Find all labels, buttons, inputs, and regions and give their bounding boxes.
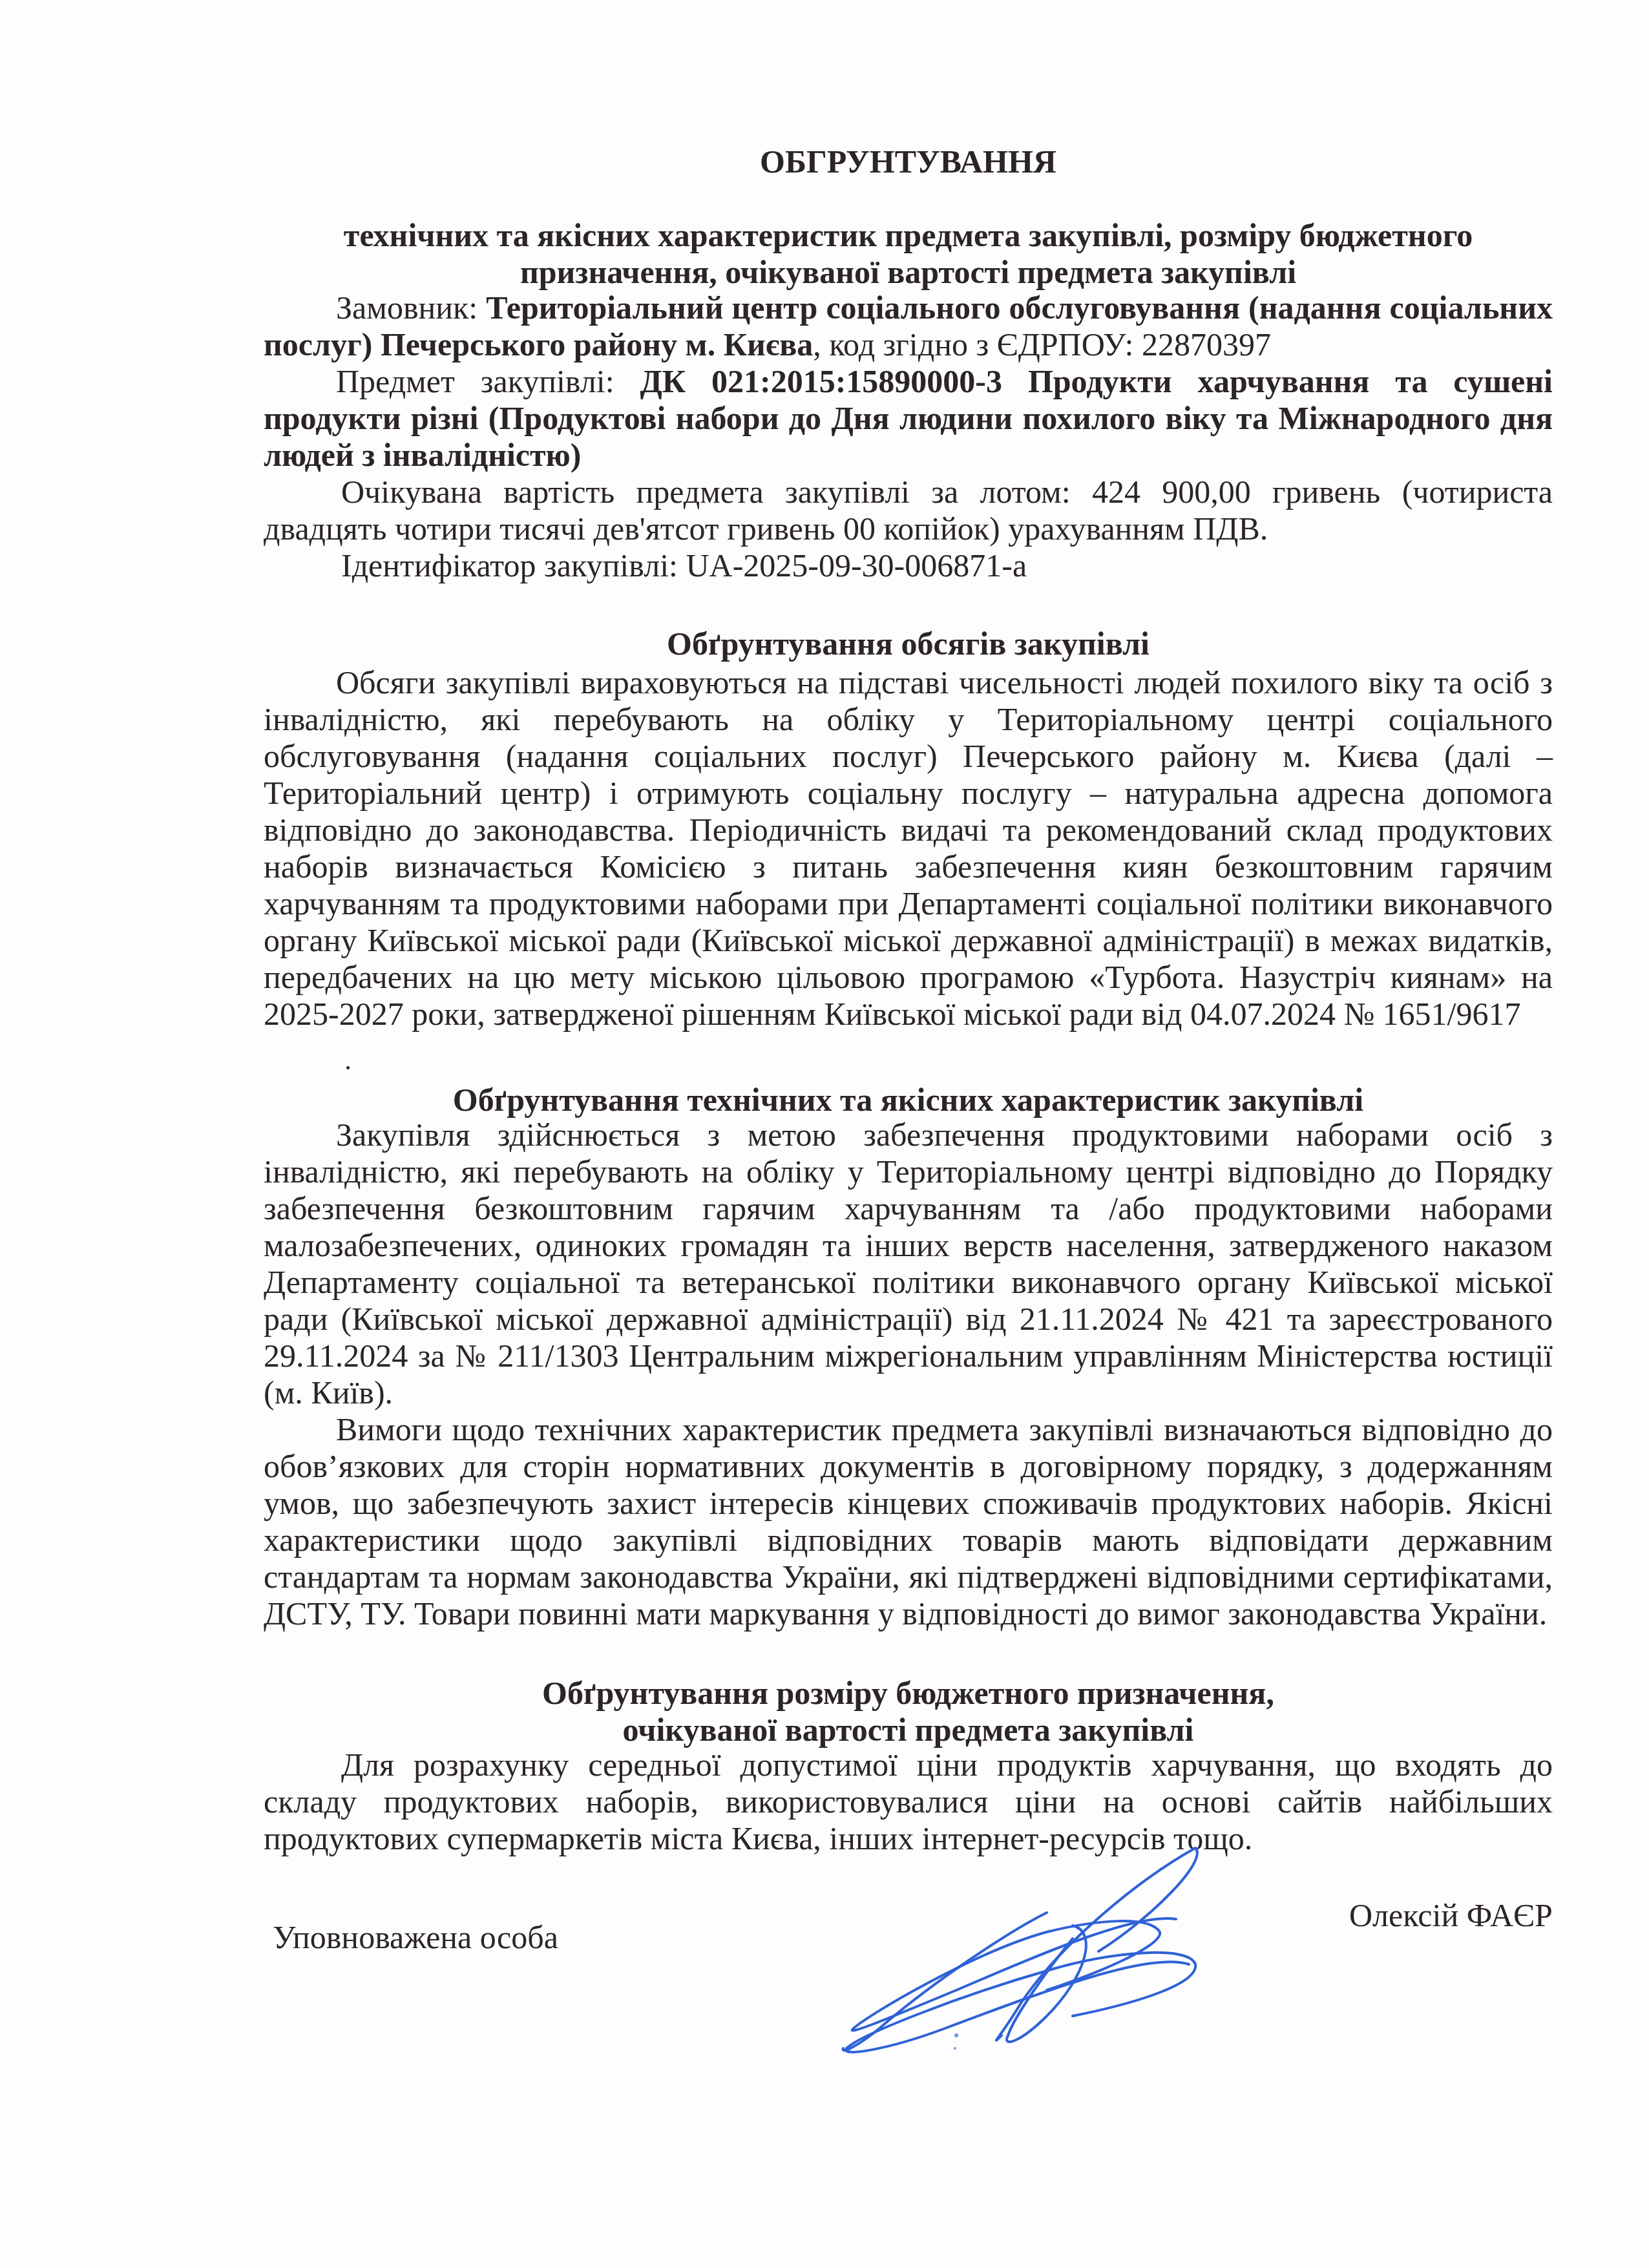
scan-speck bbox=[346, 1066, 350, 1069]
section-heading-budget: Обґрунтування розміру бюджетного признач… bbox=[264, 1675, 1553, 1748]
subject-line: Предмет закупівлі: ДК 021:2015:15890000-… bbox=[264, 363, 1553, 474]
procurement-identifier: Ідентифікатор закупівлі: UA-2025-09-30-0… bbox=[264, 547, 1553, 584]
paragraph: Обсяги закупівлі вираховуються на підста… bbox=[264, 664, 1553, 1033]
section-budget-body: Для розрахунку середньої допустимої ціни… bbox=[264, 1747, 1553, 1857]
paragraph: Для розрахунку середньої допустимої ціни… bbox=[264, 1747, 1553, 1857]
signatory-name: Олексій ФАЄР bbox=[1349, 1897, 1553, 1934]
heading-line: Обґрунтування розміру бюджетного признач… bbox=[264, 1675, 1553, 1712]
requisites-block: Замовник: Територіальний центр соціально… bbox=[264, 289, 1553, 584]
expected-cost: Очікувана вартість предмета закупівлі за… bbox=[264, 474, 1553, 547]
section-heading-volumes: Обґрунтування обсягів закупівлі bbox=[264, 625, 1553, 662]
signatory-role: Уповноважена особа bbox=[273, 1919, 558, 1956]
document-page: ОБГРУНТУВАННЯ технічних та якісних харак… bbox=[0, 0, 1649, 2268]
paragraph: Вимоги щодо технічних характеристик пред… bbox=[264, 1411, 1553, 1632]
handwritten-signature-icon bbox=[685, 1842, 1215, 2061]
heading-line: очікуваної вартості предмета закупівлі bbox=[264, 1712, 1553, 1748]
subject-label: Предмет закупівлі: bbox=[336, 363, 640, 399]
document-title: ОБГРУНТУВАННЯ bbox=[264, 143, 1553, 180]
paragraph: Закупівля здійснюється з метою забезпече… bbox=[264, 1117, 1553, 1411]
section-technical-body: Закупівля здійснюється з метою забезпече… bbox=[264, 1117, 1553, 1632]
section-heading-technical: Обґрунтування технічних та якісних харак… bbox=[264, 1082, 1553, 1118]
document-subtitle: технічних та якісних характеристик предм… bbox=[264, 217, 1553, 291]
customer-label: Замовник: bbox=[336, 289, 486, 326]
customer-code: , код згідно з ЄДРПОУ: 22870397 bbox=[813, 326, 1271, 362]
customer-line: Замовник: Територіальний центр соціально… bbox=[264, 289, 1553, 363]
section-volumes-body: Обсяги закупівлі вираховуються на підста… bbox=[264, 664, 1553, 1033]
